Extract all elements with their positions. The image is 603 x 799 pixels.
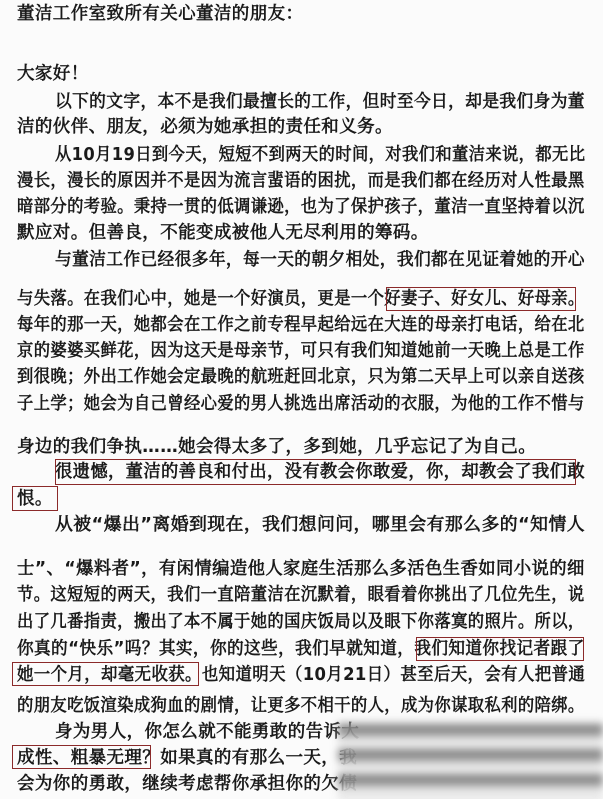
paragraph-line: 出了几番指责，搬出了本不属于她的国庆饭局以及眼下你落寞的照片。所以， bbox=[17, 611, 585, 633]
paragraph-line: 京的婆婆买鲜花，因为这天是母亲节，可只有我们知道她前一天晚上总是工作 bbox=[17, 340, 585, 362]
paragraph-line: 很遗憾，董洁的善良和付出，没有教会你敢爱，你，却教会了我们敢 bbox=[55, 461, 585, 483]
paragraph-line: 漫长，漫长的原因并不是因为流言蜚语的困扰，而是我们都在经历对人性最黑 bbox=[17, 170, 585, 192]
paragraph-line: 洁的伙伴、朋友，必须为她承担的责任和义务。 bbox=[17, 116, 393, 138]
paragraph-line: 从10月19日到今天，短短不到两天的时间，对我们和董洁来说，都无比 bbox=[55, 144, 585, 166]
paragraph-line: 默应对。但善良，不能变成被他人无尽利用的筹码。 bbox=[17, 222, 429, 244]
paragraph-line: 从被“爆出”离婚到现在，我们想问问，哪里会有那么多的“知情人 bbox=[55, 514, 585, 536]
paragraph-line: 士”、“爆料者”，有闲情编造他人家庭生活那么多活色生香如同小说的细 bbox=[17, 558, 585, 580]
paragraph-line: 暗部分的考验。秉持一贯的低调谦逊，也为了保护孩子，董洁一直坚持着以沉 bbox=[17, 196, 585, 218]
paragraph-line: 与失落。在我们心中，她是一个好演员，更是一个好妻子、好女儿、好母亲。 bbox=[17, 288, 585, 310]
greeting: 大家好！ bbox=[17, 63, 89, 85]
paragraph-line: 她一个月，却毫无收获。也知道明天（10月21日）甚至后天，会有人把普通 bbox=[17, 664, 585, 686]
document-page: 董洁工作室致所有关心董洁的朋友： 大家好！ 以下的文字，本不是我们最擅长的工作，… bbox=[0, 0, 603, 799]
paragraph-line: 身边的我们争执……她会得太多了，多到她，几乎忘记了为自己。 bbox=[17, 436, 536, 458]
paragraph-line: 成性、粗暴无理？如果真的有那么一天，我 bbox=[17, 747, 357, 769]
paragraph-line: 的朋友吃饭渲染成狗血的剧情，让更多不相干的人，成为你谋取私利的陪绑。 bbox=[17, 695, 585, 717]
paragraph-line: 你真的“快乐”吗？其实，你的这些，我们早就知道，我们知道你找记者跟了 bbox=[17, 638, 585, 660]
paragraph-line: 子上学；她会为自己曾经心爱的男人挑选出席活动的衣服，为他的工作不惜与 bbox=[17, 393, 585, 415]
paragraph-line: 恨。 bbox=[17, 488, 53, 510]
paragraph-line: 会为你的勇敢，继续考虑帮你承担你的欠债 bbox=[17, 773, 357, 795]
document-title: 董洁工作室致所有关心董洁的朋友： bbox=[17, 3, 303, 25]
paragraph-line: 每年的那一天，她都会在工作之前专程早起给远在大连的母亲打电话，给在北 bbox=[17, 314, 585, 336]
paragraph-line: 与董洁工作已经很多年，每一天的朝夕相处，我们都在见证着她的开心 bbox=[55, 249, 585, 271]
paragraph-line: 节。这短短的两天，我们一直陪董洁在沉默着，眼看着你挑出了几位先生，说 bbox=[17, 584, 585, 606]
paragraph-line: 到很晚；外出工作她会定最晚的航班赶回北京，只为第二天早上可以亲自送孩 bbox=[17, 366, 585, 388]
paragraph-line: 身为男人，你怎么就不能勇敢的告诉大 bbox=[55, 721, 359, 743]
blurred-region bbox=[338, 722, 603, 799]
paragraph-line: 以下的文字，本不是我们最擅长的工作，但时至今日，却是我们身为董 bbox=[55, 91, 585, 113]
